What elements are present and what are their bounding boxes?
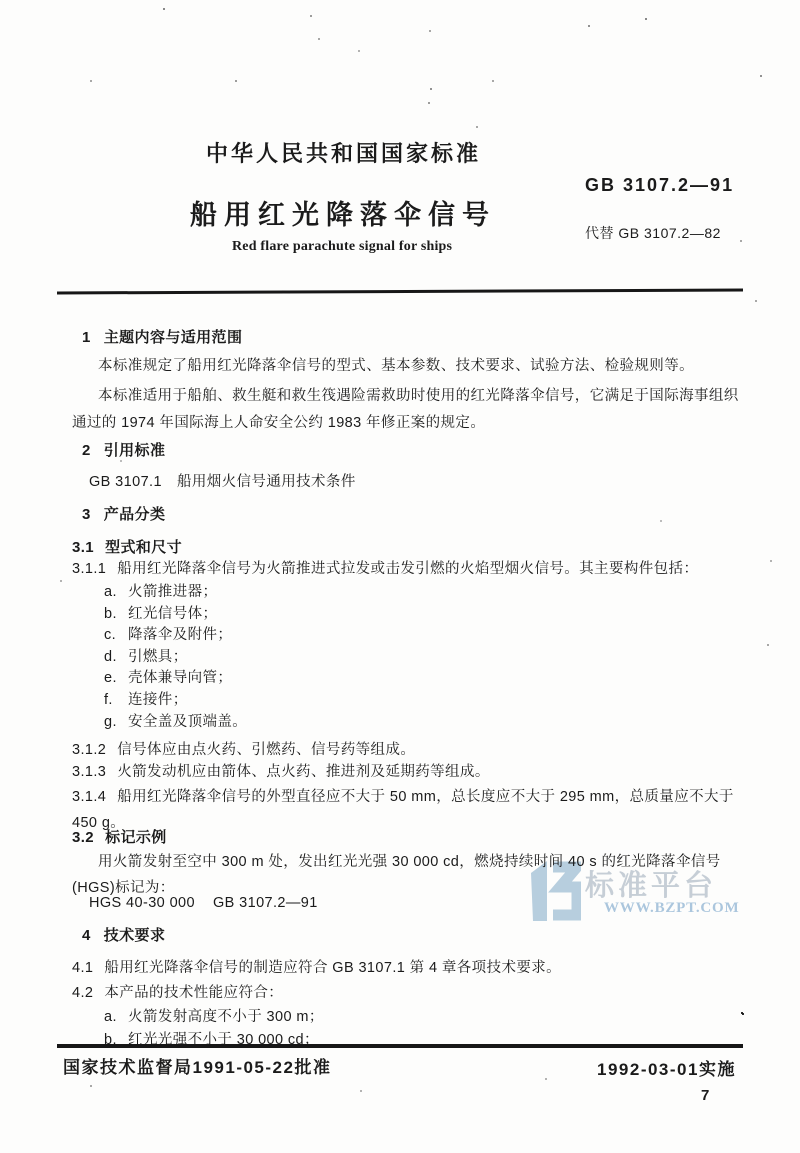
component-list: a.火箭推进器； b.红光信号体； c.降落伞及附件； d.引燃具； e.壳体兼… xyxy=(72,582,772,733)
clause-number: 3.2 xyxy=(72,829,94,846)
clause-number: 3.1.4 xyxy=(72,789,106,805)
chapter-2-heading: 2引用标准 xyxy=(72,441,750,461)
standard-type-heading: 中华人民共和国国家标准 xyxy=(206,137,481,168)
chapter-3-heading: 3产品分类 xyxy=(72,505,750,525)
clause-number: 4.1 xyxy=(72,960,93,976)
approval-note: 国家技术监督局1991-05-22批准 xyxy=(63,1053,331,1078)
clause-text: 火箭发动机应由箭体、点火药、推进剂及延期药等组成。 xyxy=(117,764,490,780)
list-letter: f. xyxy=(104,690,128,712)
clause-text: 信号体应由点火药、引燃药、信号药等组成。 xyxy=(117,742,415,758)
list-item: f.连接件； xyxy=(104,690,772,712)
chapter-4-heading: 4技术要求 xyxy=(72,926,750,946)
list-letter: b. xyxy=(104,604,128,626)
clause-title: 型式和尺寸 xyxy=(105,539,182,556)
footer-rule xyxy=(57,1044,743,1048)
list-text: 安全盖及顶端盖。 xyxy=(128,714,247,730)
standard-number: GB 3107.2—91 xyxy=(585,175,734,196)
implementation-note: 1992-03-01实施 xyxy=(597,1055,736,1080)
chapter-number: 2 xyxy=(82,442,91,459)
list-text: 壳体兼导向管； xyxy=(128,670,232,686)
page-number: 7 xyxy=(701,1087,709,1104)
clause-3-2-heading: 3.2标记示例 xyxy=(72,828,740,848)
referenced-standard-title: 船用烟火信号通用技术条件 xyxy=(177,474,356,490)
example-designation: HGS 40-30 000 xyxy=(89,895,195,911)
list-letter: a. xyxy=(104,1006,128,1029)
list-letter: g. xyxy=(104,712,128,734)
list-letter: e. xyxy=(104,668,128,690)
list-item: b.红光信号体； xyxy=(104,604,772,626)
list-item: a.火箭推进器； xyxy=(104,582,772,604)
chapter-title: 技术要求 xyxy=(104,927,166,944)
marking-example-code: HGS 40-30 000GB 3107.2—91 xyxy=(72,893,757,913)
list-letter: c. xyxy=(104,625,128,647)
list-item: c.降落伞及附件； xyxy=(104,625,772,647)
chapter-number: 3 xyxy=(82,506,91,523)
clause-3-1-1: 3.1.1船用红光降落伞信号为火箭推进式拉发或击发引燃的火焰型烟火信号。其主要构… xyxy=(72,559,740,579)
list-letter: d. xyxy=(104,647,128,669)
referenced-standard: GB 3107.1船用烟火信号通用技术条件 xyxy=(72,472,757,492)
chapter-1-heading: 1主题内容与适用范围 xyxy=(72,328,750,348)
scan-noise xyxy=(0,0,2,2)
clause-3-1-3: 3.1.3火箭发动机应由箭体、点火药、推进剂及延期药等组成。 xyxy=(72,762,740,782)
list-item: g.安全盖及顶端盖。 xyxy=(104,712,772,734)
document-title: 船用红光降落伞信号 xyxy=(190,193,496,232)
clause-text: 船用红光降落伞信号为火箭推进式拉发或击发引燃的火焰型烟火信号。其主要构件包括： xyxy=(117,561,698,577)
clause-3-1-2: 3.1.2信号体应由点火药、引燃药、信号药等组成。 xyxy=(72,740,740,760)
supersedes-note: 代替 GB 3107.2—82 xyxy=(585,223,721,243)
scope-paragraph-1: 本标准规定了船用红光降落伞信号的型式、基本参数、技术要求、试验方法、检验规则等。 xyxy=(72,356,740,376)
list-letter: a. xyxy=(104,582,128,604)
list-text: 火箭发射高度不小于 300 m； xyxy=(128,1009,324,1025)
list-text: 连接件； xyxy=(128,692,188,708)
clause-number: 3.1.2 xyxy=(72,742,106,758)
chapter-title: 主题内容与适用范围 xyxy=(104,329,243,346)
example-standard-number: GB 3107.2—91 xyxy=(213,895,318,911)
clause-4-2: 4.2本产品的技术性能应符合： xyxy=(72,983,740,1003)
referenced-standard-number: GB 3107.1 xyxy=(89,474,162,490)
clause-3-1-heading: 3.1型式和尺寸 xyxy=(72,538,740,558)
list-item: d.引燃具； xyxy=(104,647,772,669)
list-text: 引燃具； xyxy=(128,649,188,665)
list-text: 降落伞及附件； xyxy=(128,627,232,643)
chapter-title: 引用标准 xyxy=(104,442,166,459)
chapter-title: 产品分类 xyxy=(104,506,166,523)
chapter-number: 4 xyxy=(82,927,91,944)
list-text: 红光信号体； xyxy=(128,606,217,622)
list-item: a.火箭发射高度不小于 300 m； xyxy=(104,1006,772,1029)
header-rule xyxy=(57,289,743,295)
clause-number: 3.1 xyxy=(72,539,94,556)
clause-4-1: 4.1船用红光降落伞信号的制造应符合 GB 3107.1 第 4 章各项技术要求… xyxy=(72,958,740,978)
clause-text: 船用红光降落伞信号的外型直径应不大于 50 mm，总长度应不大于 295 mm，… xyxy=(72,789,734,831)
clause-title: 标记示例 xyxy=(105,829,167,846)
scope-paragraph-2: 本标准适用于船舶、救生艇和救生筏遇险需救助时使用的红光降落伞信号，它满足于国际海… xyxy=(72,383,740,436)
list-item: e.壳体兼导向管； xyxy=(104,668,772,690)
english-title: Red flare parachute signal for ships xyxy=(232,239,452,255)
clause-number: 3.1.1 xyxy=(72,561,106,577)
clause-number: 4.2 xyxy=(72,985,93,1001)
clause-text: 本产品的技术性能应符合： xyxy=(104,985,283,1001)
clause-text: 船用红光降落伞信号的制造应符合 GB 3107.1 第 4 章各项技术要求。 xyxy=(104,960,561,976)
clause-number: 3.1.3 xyxy=(72,764,106,780)
scanned-standard-page: 标准平台 WWW.BZPT.COM 中华人民共和国国家标准 GB 3107.2—… xyxy=(0,0,800,1153)
chapter-number: 1 xyxy=(82,329,91,346)
list-text: 火箭推进器； xyxy=(128,584,217,600)
